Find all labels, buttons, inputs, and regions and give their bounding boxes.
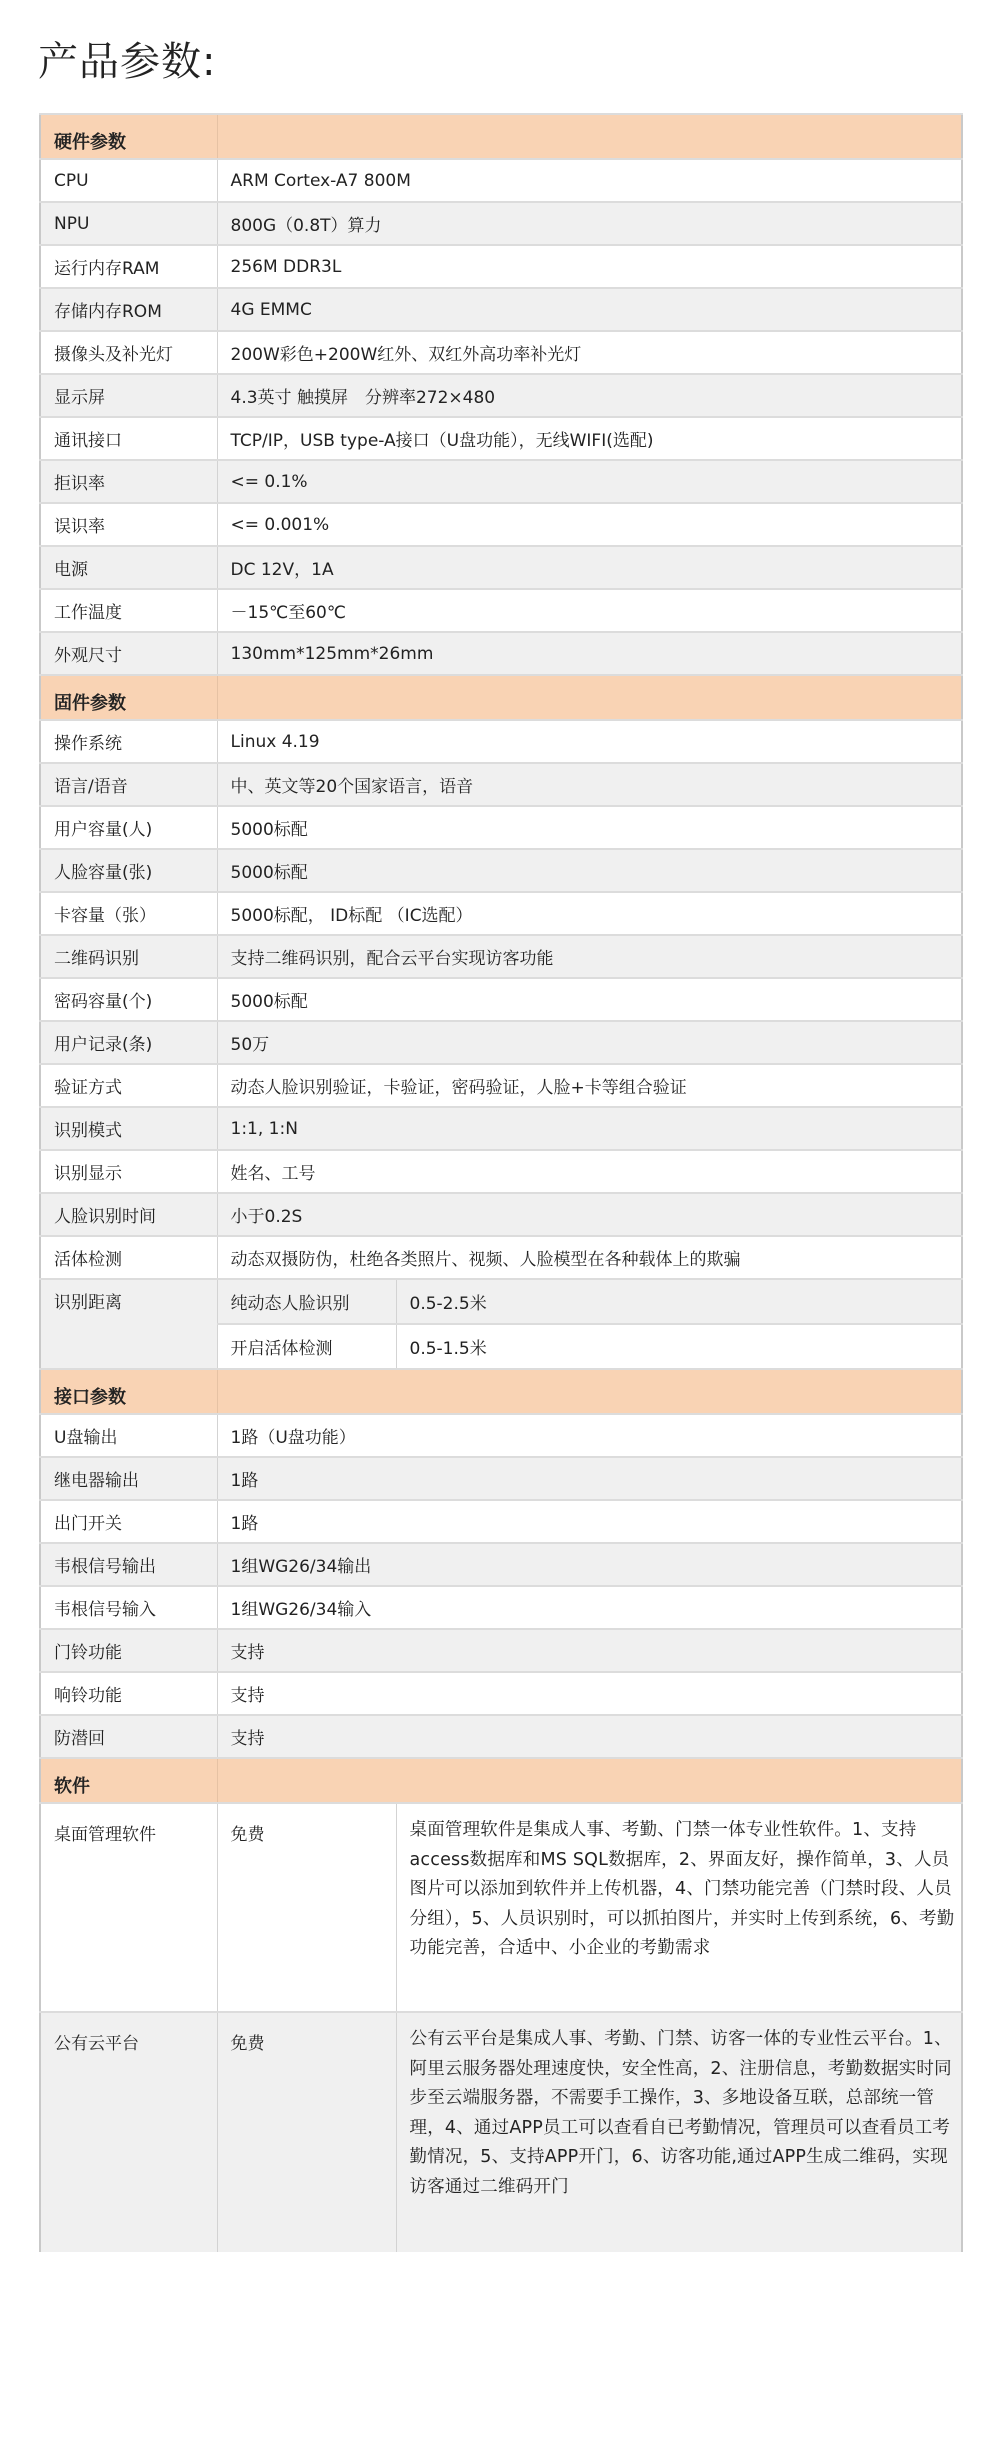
spec-label: 用户容量(人) xyxy=(40,806,217,849)
spec-value: 支持二维码识别，配合云平台实现访客功能 xyxy=(217,935,962,978)
spec-row: 通讯接口TCP/IP，USB type-A接口（U盘功能），无线WIFI(选配) xyxy=(40,417,962,460)
spec-label: 韦根信号输出 xyxy=(40,1543,217,1586)
spec-value: 1:1, 1:N xyxy=(217,1107,962,1150)
spec-row: 工作温度－15℃至60℃ xyxy=(40,589,962,632)
spec-row: 识别显示姓名、工号 xyxy=(40,1150,962,1193)
spec-row: CPUARM Cortex-A7 800M xyxy=(40,159,962,202)
spec-value: 动态双摄防伪，杜绝各类照片、视频、人脸模型在各种载体上的欺骗 xyxy=(217,1236,962,1279)
spec-label: 操作系统 xyxy=(40,720,217,763)
spec-value: 5000标配， ID标配 （IC选配） xyxy=(217,892,962,935)
spec-row: 外观尺寸130mm*125mm*26mm xyxy=(40,632,962,675)
spec-label: NPU xyxy=(40,202,217,245)
distance-value: 0.5-1.5米 xyxy=(396,1324,962,1369)
spec-row: 误识率<= 0.001% xyxy=(40,503,962,546)
software-name: 公有云平台 xyxy=(40,2012,217,2252)
spec-label: 工作温度 xyxy=(40,589,217,632)
software-price: 免费 xyxy=(217,2012,396,2252)
product-spec-table: 硬件参数 CPUARM Cortex-A7 800M NPU800G（0.8T）… xyxy=(39,113,963,2252)
spec-label: 响铃功能 xyxy=(40,1672,217,1715)
section-header-hardware: 硬件参数 xyxy=(40,114,962,159)
spec-value: 130mm*125mm*26mm xyxy=(217,632,962,675)
section-header-fill xyxy=(217,675,962,720)
section-title: 硬件参数 xyxy=(40,114,217,159)
spec-row: 存储内存ROM4G EMMC xyxy=(40,288,962,331)
spec-row: 韦根信号输入1组WG26/34输入 xyxy=(40,1586,962,1629)
spec-value: DC 12V，1A xyxy=(217,546,962,589)
section-title: 软件 xyxy=(40,1758,217,1803)
spec-label: 卡容量（张） xyxy=(40,892,217,935)
spec-label: 验证方式 xyxy=(40,1064,217,1107)
spec-row: 摄像头及补光灯200W彩色+200W红外、双红外高功率补光灯 xyxy=(40,331,962,374)
spec-value: 中、英文等20个国家语言，语音 xyxy=(217,763,962,806)
spec-label: 电源 xyxy=(40,546,217,589)
spec-row: NPU800G（0.8T）算力 xyxy=(40,202,962,245)
spec-value: 1路 xyxy=(217,1500,962,1543)
spec-label: 密码容量(个) xyxy=(40,978,217,1021)
section-header-fill xyxy=(217,114,962,159)
spec-label: 人脸识别时间 xyxy=(40,1193,217,1236)
spec-label: 语言/语音 xyxy=(40,763,217,806)
spec-value: 4.3英寸 触摸屏 分辨率272×480 xyxy=(217,374,962,417)
section-header-firmware: 固件参数 xyxy=(40,675,962,720)
spec-value: －15℃至60℃ xyxy=(217,589,962,632)
software-name: 桌面管理软件 xyxy=(40,1803,217,2012)
spec-value: 小于0.2S xyxy=(217,1193,962,1236)
spec-row: 活体检测动态双摄防伪，杜绝各类照片、视频、人脸模型在各种载体上的欺骗 xyxy=(40,1236,962,1279)
spec-row: 用户记录(条)50万 xyxy=(40,1021,962,1064)
spec-value: 50万 xyxy=(217,1021,962,1064)
spec-row: 操作系统Linux 4.19 xyxy=(40,720,962,763)
spec-value: ARM Cortex-A7 800M xyxy=(217,159,962,202)
spec-label: U盘输出 xyxy=(40,1414,217,1457)
spec-label: 用户记录(条) xyxy=(40,1021,217,1064)
spec-value: 1组WG26/34输入 xyxy=(217,1586,962,1629)
spec-row: 验证方式动态人脸识别验证，卡验证，密码验证，人脸+卡等组合验证 xyxy=(40,1064,962,1107)
spec-label: 识别模式 xyxy=(40,1107,217,1150)
spec-value: <= 0.001% xyxy=(217,503,962,546)
software-description: 桌面管理软件是集成人事、考勤、门禁一体专业性软件。1、支持access数据库和M… xyxy=(396,1803,962,2012)
spec-label: 存储内存ROM xyxy=(40,288,217,331)
spec-value: 4G EMMC xyxy=(217,288,962,331)
spec-label: 运行内存RAM xyxy=(40,245,217,288)
spec-label: 外观尺寸 xyxy=(40,632,217,675)
spec-value: 5000标配 xyxy=(217,978,962,1021)
spec-value: 姓名、工号 xyxy=(217,1150,962,1193)
spec-label: CPU xyxy=(40,159,217,202)
spec-label: 摄像头及补光灯 xyxy=(40,331,217,374)
spec-label: 防潜回 xyxy=(40,1715,217,1758)
spec-label: 韦根信号输入 xyxy=(40,1586,217,1629)
spec-value: 1路 xyxy=(217,1457,962,1500)
section-header-software: 软件 xyxy=(40,1758,962,1803)
spec-label: 通讯接口 xyxy=(40,417,217,460)
recognition-distance-row: 识别距离 纯动态人脸识别 0.5-2.5米 xyxy=(40,1279,962,1324)
spec-row: 运行内存RAM256M DDR3L xyxy=(40,245,962,288)
spec-value: 支持 xyxy=(217,1715,962,1758)
spec-value: <= 0.1% xyxy=(217,460,962,503)
spec-value: 5000标配 xyxy=(217,849,962,892)
software-row: 桌面管理软件 免费 桌面管理软件是集成人事、考勤、门禁一体专业性软件。1、支持a… xyxy=(40,1803,962,2012)
spec-value: 支持 xyxy=(217,1672,962,1715)
spec-row: 韦根信号输出1组WG26/34输出 xyxy=(40,1543,962,1586)
spec-value: 5000标配 xyxy=(217,806,962,849)
spec-row: 用户容量(人)5000标配 xyxy=(40,806,962,849)
spec-label: 识别距离 xyxy=(40,1279,217,1369)
section-header-fill xyxy=(217,1758,962,1803)
spec-label: 门铃功能 xyxy=(40,1629,217,1672)
spec-label: 识别显示 xyxy=(40,1150,217,1193)
spec-row: 语言/语音中、英文等20个国家语言，语音 xyxy=(40,763,962,806)
software-description: 公有云平台是集成人事、考勤、门禁、访客一体的专业性云平台。1、阿里云服务器处理速… xyxy=(396,2012,962,2252)
spec-label: 二维码识别 xyxy=(40,935,217,978)
page-title: 产品参数: xyxy=(38,36,216,88)
spec-label: 继电器输出 xyxy=(40,1457,217,1500)
spec-value: 动态人脸识别验证，卡验证，密码验证，人脸+卡等组合验证 xyxy=(217,1064,962,1107)
spec-label: 误识率 xyxy=(40,503,217,546)
spec-row: 防潜回支持 xyxy=(40,1715,962,1758)
spec-row: 门铃功能支持 xyxy=(40,1629,962,1672)
spec-row: 电源DC 12V，1A xyxy=(40,546,962,589)
spec-row: 人脸识别时间小于0.2S xyxy=(40,1193,962,1236)
spec-value: TCP/IP，USB type-A接口（U盘功能），无线WIFI(选配) xyxy=(217,417,962,460)
spec-row: U盘输出1路（U盘功能） xyxy=(40,1414,962,1457)
spec-row: 显示屏4.3英寸 触摸屏 分辨率272×480 xyxy=(40,374,962,417)
spec-label: 人脸容量(张) xyxy=(40,849,217,892)
spec-value: 1组WG26/34输出 xyxy=(217,1543,962,1586)
distance-mode: 纯动态人脸识别 xyxy=(217,1279,396,1324)
spec-label: 显示屏 xyxy=(40,374,217,417)
spec-label: 拒识率 xyxy=(40,460,217,503)
spec-label: 出门开关 xyxy=(40,1500,217,1543)
distance-value: 0.5-2.5米 xyxy=(396,1279,962,1324)
spec-label: 活体检测 xyxy=(40,1236,217,1279)
spec-row: 出门开关1路 xyxy=(40,1500,962,1543)
spec-row: 密码容量(个)5000标配 xyxy=(40,978,962,1021)
spec-row: 继电器输出1路 xyxy=(40,1457,962,1500)
distance-mode: 开启活体检测 xyxy=(217,1324,396,1369)
spec-row: 二维码识别支持二维码识别，配合云平台实现访客功能 xyxy=(40,935,962,978)
spec-value: 800G（0.8T）算力 xyxy=(217,202,962,245)
spec-row: 拒识率<= 0.1% xyxy=(40,460,962,503)
spec-value: 支持 xyxy=(217,1629,962,1672)
section-header-interface: 接口参数 xyxy=(40,1369,962,1414)
spec-value: 200W彩色+200W红外、双红外高功率补光灯 xyxy=(217,331,962,374)
software-price: 免费 xyxy=(217,1803,396,2012)
software-row: 公有云平台 免费 公有云平台是集成人事、考勤、门禁、访客一体的专业性云平台。1、… xyxy=(40,2012,962,2252)
spec-row: 卡容量（张）5000标配， ID标配 （IC选配） xyxy=(40,892,962,935)
section-header-fill xyxy=(217,1369,962,1414)
spec-value: 256M DDR3L xyxy=(217,245,962,288)
section-title: 接口参数 xyxy=(40,1369,217,1414)
section-title: 固件参数 xyxy=(40,675,217,720)
spec-value: Linux 4.19 xyxy=(217,720,962,763)
spec-row: 人脸容量(张)5000标配 xyxy=(40,849,962,892)
spec-value: 1路（U盘功能） xyxy=(217,1414,962,1457)
spec-row: 识别模式1:1, 1:N xyxy=(40,1107,962,1150)
spec-row: 响铃功能支持 xyxy=(40,1672,962,1715)
